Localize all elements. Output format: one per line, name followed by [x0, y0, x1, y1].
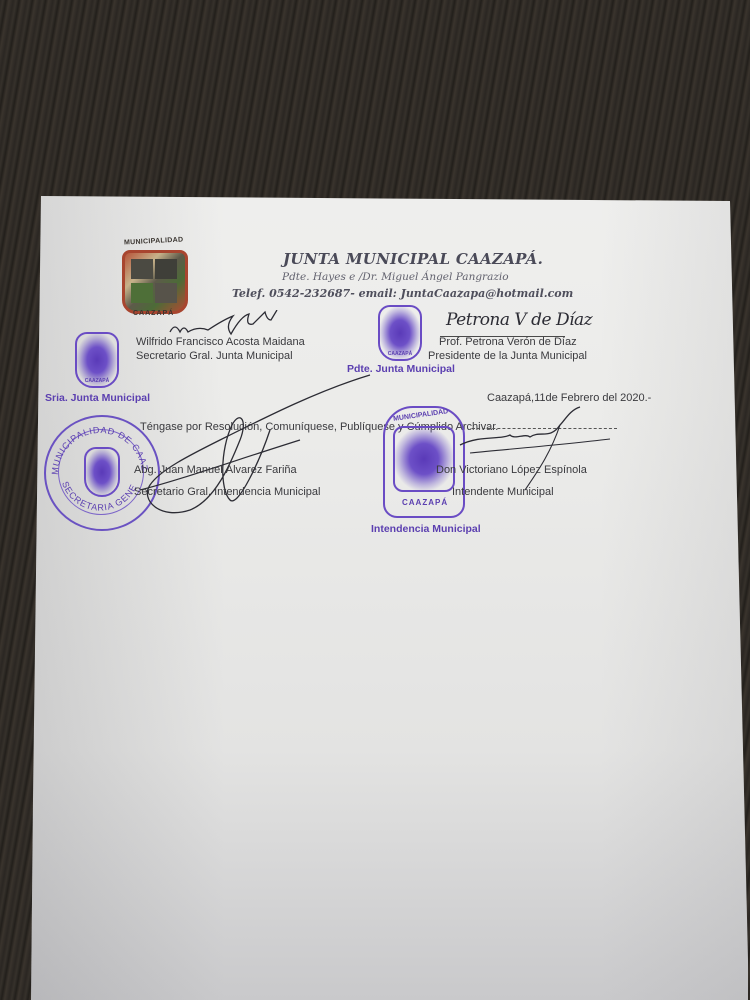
- letterhead-contact: Telef. 0542-232687- email: JuntaCaazapa@…: [232, 287, 573, 300]
- letterhead-address: Pdte. Hayes e /Dr. Miguel Ángel Pangrazi…: [282, 271, 509, 283]
- stamp-pdte-junta-municipal: CAAZAPÁ: [378, 305, 422, 361]
- signatory-name: Prof. Petrona Verón de Díaz: [439, 336, 577, 348]
- stamp-label: Intendencia Municipal: [371, 523, 481, 535]
- signatory-role: Secretario Gral. Intendencia Municipal: [134, 486, 320, 498]
- signatory-role: Intendente Municipal: [452, 486, 554, 498]
- date-line: Caazapá,11de Febrero del 2020.-: [487, 392, 651, 404]
- signature-presidente-junta: Petrona V de Díaz: [446, 310, 592, 330]
- stamp-center-crest: [84, 447, 120, 497]
- signatory-name: Abg. Juan Manuel Álvarez Fariña: [134, 464, 297, 476]
- signature-secretario-intendencia: [120, 370, 380, 530]
- stamp-caption: CAAZAPÁ: [85, 378, 109, 384]
- stamp-caption: CAAZAPÁ: [402, 498, 448, 507]
- municipal-coat-of-arms-logo: [122, 250, 188, 314]
- signatory-name: Don Victoriano López Espínola: [436, 464, 587, 476]
- signatory-role: Secretario Gral. Junta Municipal: [136, 350, 293, 362]
- signatory-name: Wilfrido Francisco Acosta Maidana: [136, 336, 305, 348]
- stamp-caption: CAAZAPÁ: [388, 351, 412, 357]
- letterhead-title: JUNTA MUNICIPAL CAAZAPÁ.: [283, 250, 543, 268]
- signatory-role: Presidente de la Junta Municipal: [428, 350, 587, 362]
- stamp-sria-junta-municipal: CAAZAPÁ: [75, 332, 119, 388]
- signature-intendente: [440, 405, 620, 495]
